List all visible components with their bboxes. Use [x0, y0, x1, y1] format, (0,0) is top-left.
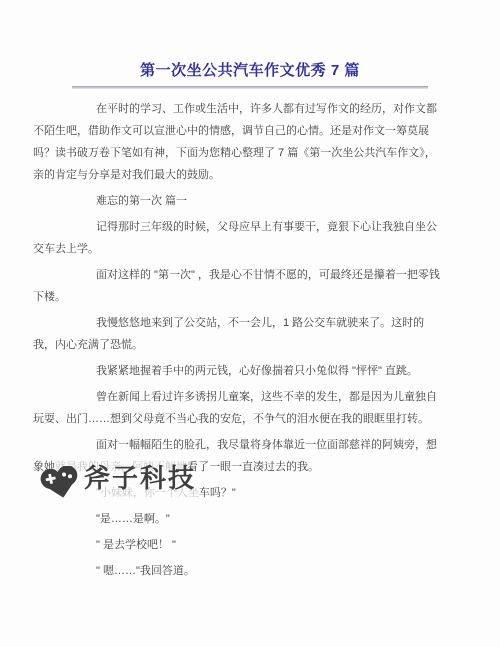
dialog-line-1: "小妹妹，你一个人坐车吗？" [33, 482, 443, 504]
paragraph-6: 面对一幅幅陌生的脸孔，我尽量将身体靠近一位面部慈祥的阿姨旁，想象她就是我的母亲，… [33, 434, 443, 478]
paragraph-1: 记得那时三年级的时候，父母应早上有事要干，竟狠下心让我独自坐公交车去上学。 [33, 216, 443, 260]
document-page: 第一次坐公共汽车作文优秀 7 篇 在平时的学习、工作或生活中，许多人都有过写作文… [0, 0, 500, 647]
dialog-line-4: " 嗯……"我回答道。 [33, 560, 443, 582]
paragraph-6-tail: 看了一眼一直凑过去的我。 [187, 461, 319, 473]
paragraph-3: 我慢悠悠地来到了公交站，不一会儿，1 路公交车就驶来了。这时的我，内心充满了恐慌… [33, 312, 443, 356]
dialog-1-tail: 车吗？" [199, 487, 236, 499]
paragraph-2: 面对这样的 "第一次" ，我是心不甘情不愿的，可最终还是攥着一把零钱下楼。 [33, 264, 443, 308]
section-heading: 难忘的第一次 篇一 [33, 190, 443, 212]
dialog-line-3: " 是去学校吧！ " [33, 534, 443, 556]
paragraph-6-faded-by-watermark: 就是我的母亲，阿姨不解地 [55, 461, 187, 473]
intro-paragraph: 在平时的学习、工作或生活中，许多人都有过写作文的经历，对作文都不陌生吧，借助作文… [33, 98, 443, 186]
page-title: 第一次坐公共汽车作文优秀 7 篇 [0, 0, 500, 80]
paragraph-4: 我紧紧地握着手中的两元钱，心好像揣着只小兔似得 "怦怦" 直跳。 [33, 360, 443, 382]
paragraph-5: 曾在新闻上看过许多诱拐儿童案，这些不幸的发生，都是因为儿童独自玩耍、出门……想到… [33, 386, 443, 430]
dialog-line-2: "是……是啊。" [33, 508, 443, 530]
dialog-1-faded-by-watermark: "小妹妹，你一个人坐 [96, 487, 199, 499]
essay-content: 在平时的学习、工作或生活中，许多人都有过写作文的经历，对作文都不陌生吧，借助作文… [0, 89, 500, 582]
